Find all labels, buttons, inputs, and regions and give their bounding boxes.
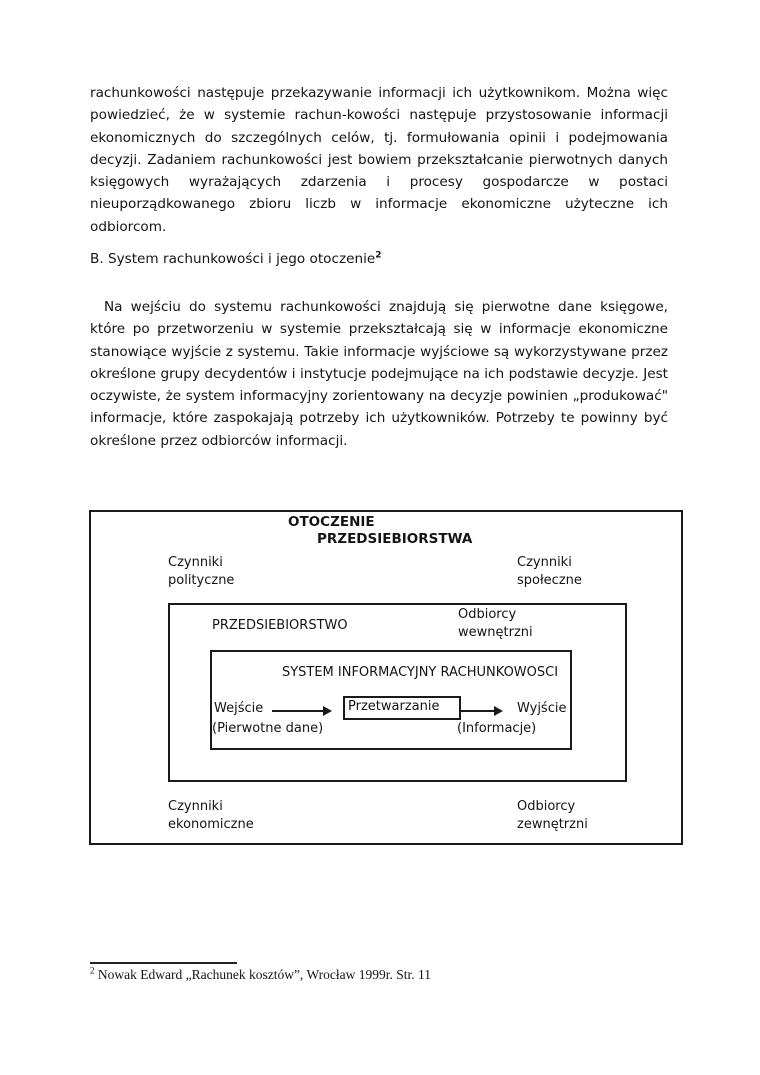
flow-process-label: Przetwarzanie [348, 699, 439, 714]
footnote-text: Nowak Edward „Rachunek kosztów”, Wrocław… [95, 967, 432, 982]
section-heading-text: B. System rachunkowości i jego otoczenie [90, 251, 375, 267]
flow-output-sublabel: (Informacje) [457, 720, 536, 738]
label-political-factors: Czynniki polityczne [168, 554, 234, 589]
system-title: SYSTEM INFORMACYJNY RACHUNKOWOSCI [212, 664, 570, 682]
diagram-title-line1: OTOCZENIE [288, 514, 472, 531]
flow-input-label: Wejście [214, 700, 263, 718]
paragraph-1: rachunkowości następuje przekazywanie in… [90, 82, 668, 238]
environment-diagram: OTOCZENIE PRZEDSIEBIORSTWA Czynniki poli… [89, 510, 683, 845]
label-internal-recipients: Odbiorcy wewnętrzni [458, 606, 533, 641]
section-heading: B. System rachunkowości i jego otoczenie… [90, 248, 381, 270]
accounting-system-box: SYSTEM INFORMACYJNY RACHUNKOWOSCI Wejści… [210, 650, 572, 750]
diagram-title: OTOCZENIE PRZEDSIEBIORSTWA [288, 514, 472, 548]
label-economic-factors: Czynniki ekonomiczne [168, 798, 254, 833]
footnote-separator [90, 962, 237, 964]
paragraph-2: Na wejściu do systemu rachunkowości znaj… [90, 296, 668, 452]
footnote: 2 Nowak Edward „Rachunek kosztów”, Wrocł… [90, 966, 431, 984]
diagram-title-line2: PRZEDSIEBIORSTWA [317, 531, 472, 548]
enterprise-label: PRZEDSIEBIORSTWO [212, 617, 348, 635]
footnote-reference: 2 [375, 250, 381, 260]
enterprise-box: PRZEDSIEBIORSTWO Odbiorcy wewnętrzni SYS… [168, 603, 627, 782]
arrow-right-icon [272, 710, 324, 712]
label-external-recipients: Odbiorcy zewnętrzni [517, 798, 588, 833]
flow-output-label: Wyjście [517, 700, 566, 718]
flow-process-box: Przetwarzanie [343, 696, 461, 720]
arrow-right-icon [460, 710, 495, 712]
flow-input-sublabel: (Pierwotne dane) [212, 720, 323, 738]
document-page: rachunkowości następuje przekazywanie in… [0, 0, 760, 1075]
label-social-factors: Czynniki społeczne [517, 554, 582, 589]
